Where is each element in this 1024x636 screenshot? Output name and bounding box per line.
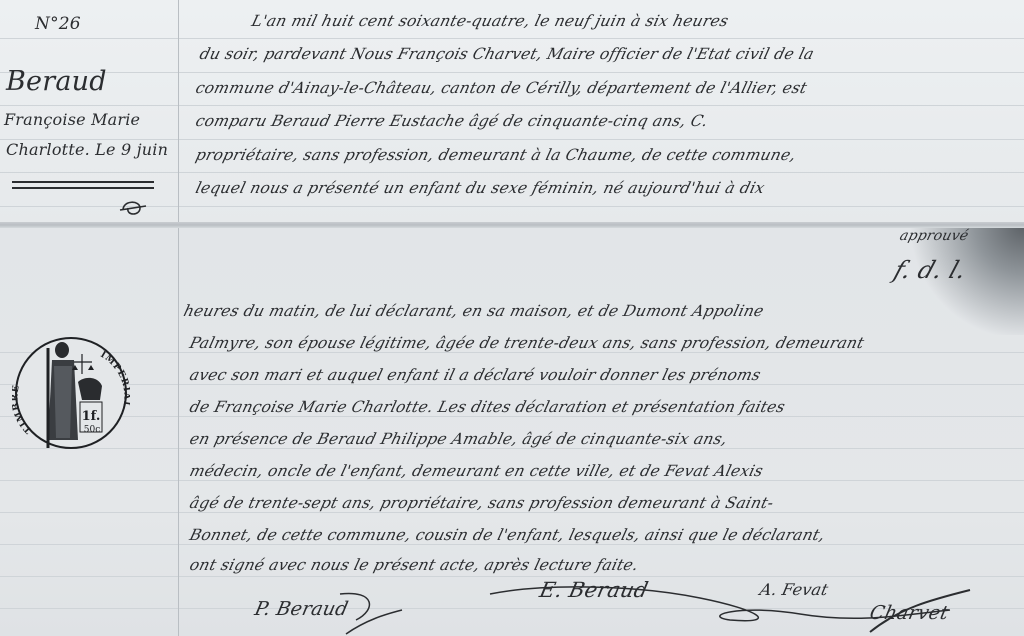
record-line: propriétaire, sans profession, demeurant… <box>194 146 798 164</box>
stamp-value: 1f. <box>82 409 101 424</box>
corner-approval-annotation: approuvé <box>898 228 970 244</box>
ruled-line <box>0 416 1024 417</box>
signature-underflourish-icon <box>336 590 406 636</box>
stamp-value-cents: 50c <box>84 425 101 435</box>
ruled-line <box>0 172 1024 173</box>
corner-initials-annotation: f. d. l. <box>890 256 970 284</box>
margin-rule <box>178 0 179 636</box>
record-line: en présence de Beraud Philippe Amable, â… <box>188 430 729 448</box>
record-line: du soir, pardevant Nous François Charvet… <box>198 45 816 63</box>
ruled-line <box>0 72 1024 73</box>
page-fold-divider <box>0 222 1024 228</box>
record-line: lequel nous a présenté un enfant du sexe… <box>194 179 767 197</box>
ruled-line <box>0 544 1024 545</box>
margin-double-rule <box>12 181 154 189</box>
record-line: de Françoise Marie Charlotte. Les dites … <box>188 398 787 416</box>
record-line: Palmyre, son épouse légitime, âgée de tr… <box>188 334 866 352</box>
record-line: avec son mari et auquel enfant il a décl… <box>188 366 763 384</box>
record-line: L'an mil huit cent soixante-quatre, le n… <box>250 12 731 30</box>
ruled-line <box>0 352 1024 353</box>
act-number: N°26 <box>35 14 81 34</box>
ruled-line <box>0 512 1024 513</box>
ruled-line <box>0 480 1024 481</box>
ruled-line <box>0 448 1024 449</box>
record-line: ont signé avec nous le présent acte, apr… <box>188 556 641 574</box>
record-line: médecin, oncle de l'enfant, demeurant en… <box>188 462 765 480</box>
record-line: commune d'Ainay-le-Château, canton de Cé… <box>194 79 809 97</box>
ruled-line <box>0 384 1024 385</box>
record-line: Bonnet, de cette commune, cousin de l'en… <box>188 526 827 544</box>
margin-given-names: Françoise Marie <box>4 110 140 129</box>
imperial-tax-stamp-icon: 1f. 50c TIMBRE IMPERIAL <box>12 320 130 466</box>
ruled-line <box>0 206 1024 207</box>
margin-surname: Beraud <box>6 66 107 97</box>
margin-given-names-date: Charlotte. Le 9 juin <box>6 140 168 159</box>
record-line: heures du matin, de lui déclarant, en sa… <box>182 302 766 320</box>
ruled-line <box>0 576 1024 577</box>
record-line: comparu Beraud Pierre Eustache âgé de ci… <box>194 112 710 130</box>
paraph-flourish-icon <box>118 198 148 220</box>
record-line: âgé de trente-sept ans, propriétaire, sa… <box>188 494 776 512</box>
ruled-line <box>0 38 1024 39</box>
signature-flourish-icon <box>480 580 980 636</box>
ruled-line <box>0 105 1024 106</box>
